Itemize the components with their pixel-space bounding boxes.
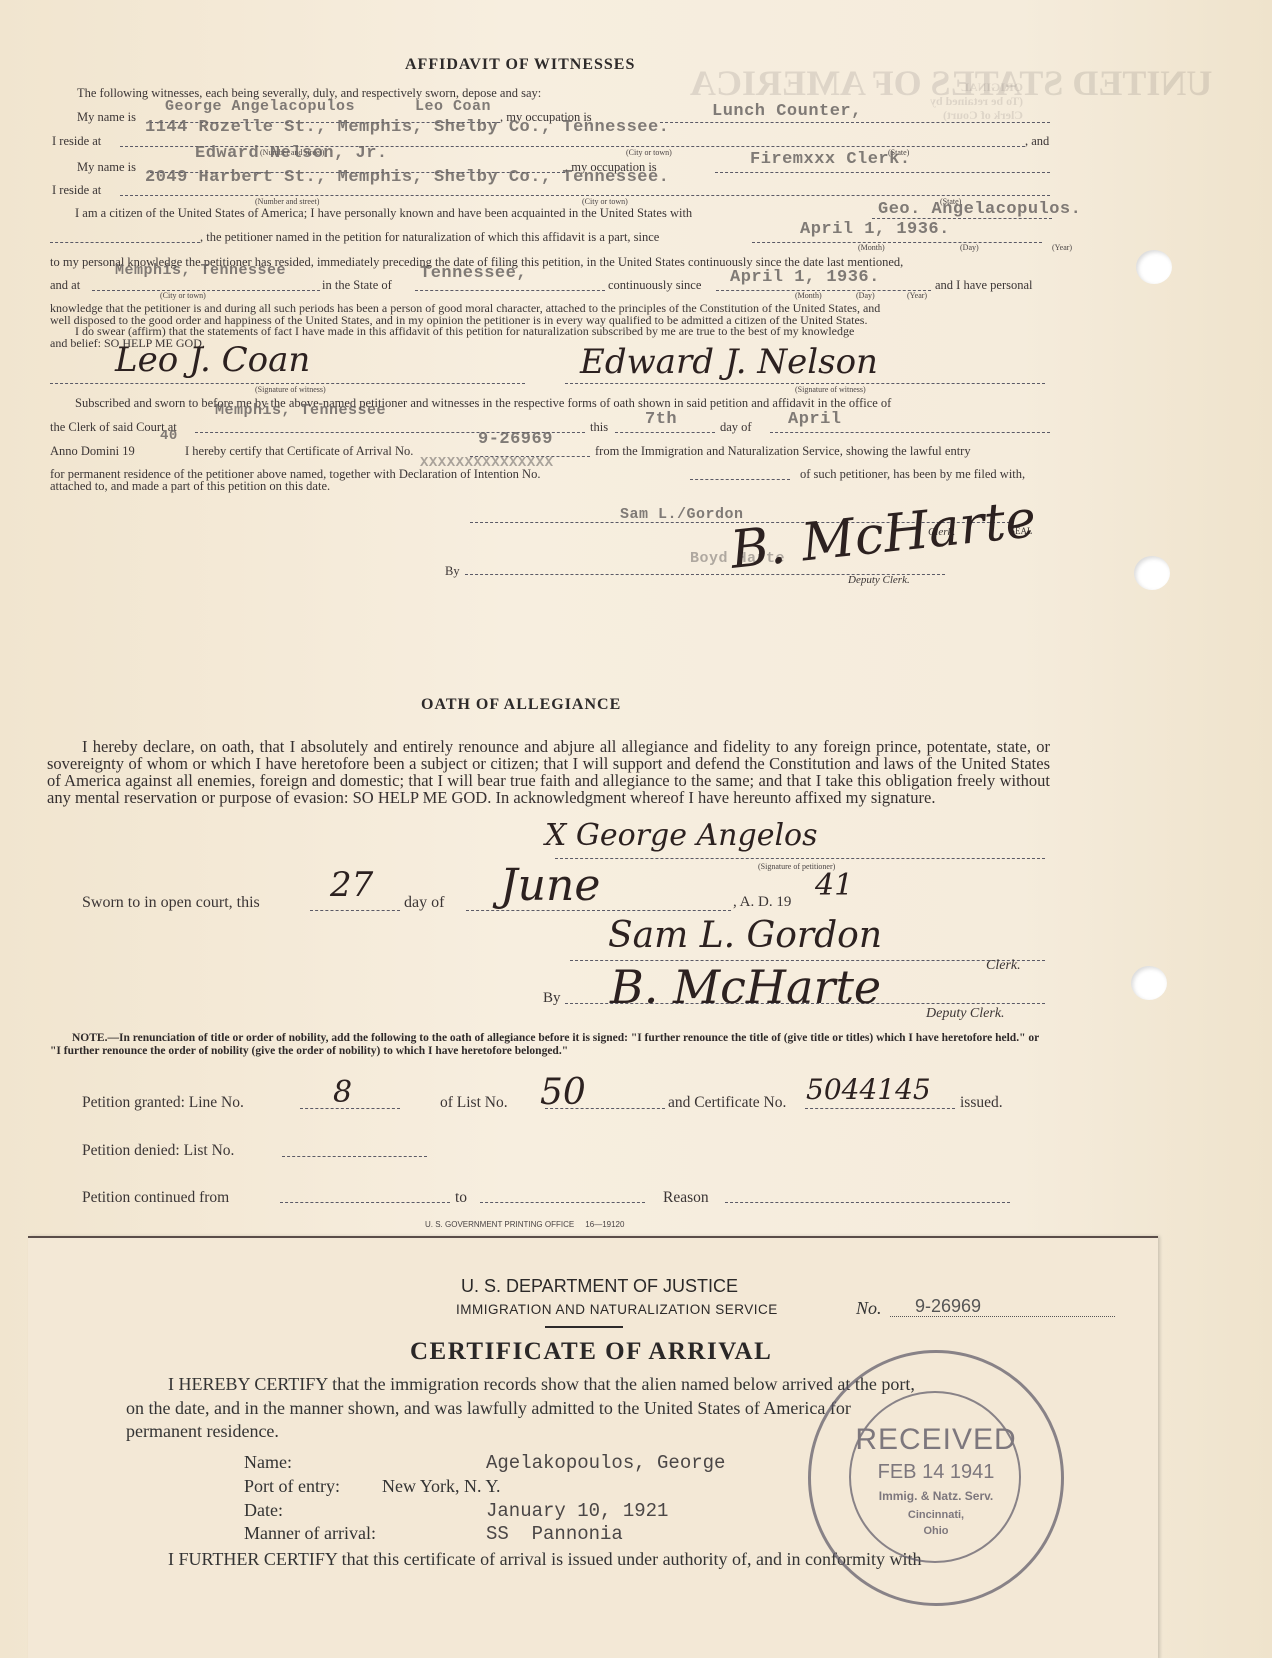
label-clerk-at: the Clerk of said Court at — [50, 420, 177, 435]
certificate-arrival-no-field[interactable]: 9-26969 — [478, 430, 553, 449]
clerk-typed-name: Sam L./Gordon — [620, 506, 744, 523]
day-field[interactable]: 7th — [645, 410, 677, 429]
affidavit-title: AFFIDAVIT OF WITNESSES — [405, 56, 635, 74]
cert-department: U. S. DEPARTMENT OF JUSTICE — [461, 1276, 738, 1297]
hint-day: (Day) — [856, 291, 875, 300]
cert-divider — [545, 1326, 623, 1328]
cert-body-line-3: permanent residence. — [126, 1421, 279, 1442]
field-line — [120, 195, 1050, 196]
field-line — [716, 290, 931, 291]
cert-number: 9-26969 — [915, 1296, 981, 1317]
label-this: this — [590, 420, 608, 435]
resided-state-field[interactable]: Tennessee, — [420, 264, 527, 283]
received-stamp: RECEIVED FEB 14 1941 Immig. & Natz. Serv… — [808, 1350, 1064, 1606]
field-line — [50, 242, 200, 243]
field-line — [805, 1108, 955, 1109]
acquainted-with-field[interactable]: Geo. Angelacopulos. — [878, 200, 1081, 219]
oath-day-field[interactable]: 27 — [330, 865, 373, 905]
label-to: to — [455, 1189, 467, 1207]
label-and-at: and at — [50, 278, 80, 293]
cert-further-text: I FURTHER CERTIFY that this certificate … — [168, 1549, 922, 1570]
hint-witness-signature: (Signature of witness) — [795, 385, 866, 394]
acquainted-since-field[interactable]: April 1, 1936. — [800, 220, 950, 239]
label-reason: Reason — [663, 1189, 709, 1207]
continued-from-field[interactable] — [280, 1202, 450, 1203]
field-line — [690, 479, 790, 480]
label-ad: , A. D. 19 — [733, 894, 791, 911]
hint-month: (Month) — [858, 243, 885, 252]
oath-title: OATH OF ALLEGIANCE — [421, 696, 621, 714]
hint-city: (City or town) — [582, 197, 628, 206]
label-petition-continued: Petition continued from — [82, 1189, 229, 1207]
oath-year-field[interactable]: 41 — [815, 868, 853, 903]
continued-to-field[interactable] — [480, 1202, 645, 1203]
cert-port-value: New York, N. Y. — [382, 1476, 501, 1497]
cert-manner-value: SS Pannonia — [486, 1523, 623, 1545]
cert-field-label: Date: — [244, 1500, 283, 1521]
binder-hole — [1136, 250, 1172, 284]
binder-hole — [1134, 556, 1170, 590]
declaration-struck-field: XXXXXXXXXXXXXXX — [420, 455, 554, 471]
cert-field-label: Port of entry: — [244, 1476, 340, 1497]
printer-imprint: U. S. GOVERNMENT PRINTING OFFICE 16—1912… — [425, 1220, 624, 1229]
witness2-address-field[interactable]: 2049 Harbert St., Memphis, Shelby Co., T… — [145, 168, 669, 187]
label-continuously-since: continuously since — [608, 278, 701, 293]
petitioner-signature[interactable]: X George Angelos — [545, 818, 818, 853]
court-at-field[interactable]: Memphis, Tennessee — [215, 402, 386, 419]
label-my-name: My name is — [77, 160, 136, 175]
resided-city-field[interactable]: Memphis, Tennessee — [115, 262, 286, 279]
hint-witness-signature: (Signature of witness) — [255, 385, 326, 394]
witness1-occupation-field[interactable]: Lunch Counter, — [712, 102, 862, 121]
witness1-signature[interactable]: Leo J. Coan — [115, 340, 310, 380]
hint-year: (Year) — [907, 291, 927, 300]
hint-street: (Number and street) — [255, 197, 319, 206]
field-line — [615, 432, 715, 433]
show-through-original: ORIGINAL(To be retained byClerk of Court… — [930, 80, 1023, 122]
field-line — [310, 910, 400, 911]
hint-year: (Year) — [1052, 243, 1072, 252]
stamp-date: FEB 14 1941 — [811, 1461, 1061, 1484]
subscribed-text: Subscribed and sworn to before me by the… — [75, 396, 891, 411]
cert-body-line-1: I HEREBY CERTIFY that the immigration re… — [168, 1374, 915, 1395]
month-field[interactable]: April — [788, 410, 842, 429]
label-state-of: in the State of — [322, 278, 392, 293]
label-by: By — [445, 564, 460, 579]
document-page: UNITED STATES OF AMERICA ORIGINAL(To be … — [0, 0, 1272, 1658]
continuous-since-field[interactable]: April 1, 1936. — [730, 268, 880, 287]
label-personal: and I have personal — [935, 278, 1033, 293]
oath-month-field[interactable]: June — [500, 860, 600, 911]
label-clerk: Clerk. — [986, 958, 1021, 974]
witness1-name-field[interactable]: George Angelacopulos — [165, 98, 355, 115]
deputy-signature[interactable]: B. McHarte — [728, 489, 1039, 581]
from-ins-text: from the Immigration and Naturalization … — [595, 444, 971, 459]
label-reside: I reside at — [52, 183, 101, 198]
label-sworn: Sworn to in open court, this — [82, 894, 260, 912]
certify-text: I hereby certify that Certificate of Arr… — [185, 444, 413, 459]
citizen-statement: I am a citizen of the United States of A… — [75, 206, 692, 221]
cert-no-label: No. — [856, 1298, 882, 1319]
cert-date-value: January 10, 1921 — [486, 1500, 668, 1522]
cert-title: CERTIFICATE OF ARRIVAL — [410, 1338, 772, 1366]
nobility-note: NOTE.—In renunciation of title or order … — [50, 1032, 1050, 1058]
hint-city: (City or town) — [160, 291, 206, 300]
witness2-occupation-field[interactable]: Firemxxx Clerk. — [750, 150, 911, 169]
petitioner-statement: , the petitioner named in the petition f… — [200, 230, 659, 245]
label-petition-denied: Petition denied: List No. — [82, 1142, 234, 1160]
reason-field[interactable] — [725, 1202, 1010, 1203]
stamp-office: Immig. & Natz. Serv. — [811, 1489, 1061, 1503]
cert-field-label: Manner of arrival: — [244, 1523, 376, 1544]
stamp-state: Ohio — [811, 1525, 1061, 1537]
such-petitioner-text: of such petitioner, has been by me filed… — [800, 467, 1025, 482]
label-certificate-no: and Certificate No. — [668, 1094, 786, 1112]
witness2-signature[interactable]: Edward J. Nelson — [580, 342, 878, 382]
label-and: , and — [1025, 134, 1049, 149]
label-petition-granted: Petition granted: Line No. — [82, 1094, 244, 1112]
cert-field-label: Name: — [244, 1452, 292, 1473]
label-my-name: My name is — [77, 110, 136, 125]
label-day-of: day of — [720, 420, 752, 435]
hint-day: (Day) — [960, 243, 979, 252]
hint-month: (Month) — [795, 291, 822, 300]
oath-deputy-signature[interactable]: B. McHarte — [610, 960, 881, 1014]
field-line — [770, 432, 1050, 433]
field-line — [715, 172, 1050, 173]
certificate-no-field[interactable]: 5044145 — [806, 1073, 931, 1106]
label-by: By — [543, 990, 561, 1007]
label-issued: issued. — [960, 1094, 1003, 1112]
label-anno-domini: Anno Domini 19 — [50, 444, 135, 459]
year-field[interactable]: 40 — [160, 428, 178, 444]
witness2-name-field[interactable]: Edward Nelson, Jr. — [195, 144, 388, 163]
field-line — [752, 242, 1042, 243]
witness1-address-field[interactable]: 1144 Rozelle St., Memphis, Shelby Co., T… — [145, 118, 669, 137]
label-deputy-clerk: Deputy Clerk. — [926, 1006, 1005, 1022]
cert-name-value: Agelakopoulos, George — [486, 1452, 725, 1474]
binder-hole — [1131, 966, 1167, 1000]
field-line — [660, 122, 1050, 123]
signature-line — [565, 383, 1045, 384]
label-day-of: day of — [404, 894, 444, 912]
label-list-no: of List No. — [440, 1094, 508, 1112]
hint-city: (City or town) — [626, 148, 672, 157]
oath-clerk-signature[interactable]: Sam L. Gordon — [608, 915, 882, 956]
field-line — [415, 290, 605, 291]
list-no-field[interactable]: 50 — [540, 1072, 586, 1113]
denied-list-no-field[interactable] — [282, 1156, 427, 1157]
label-deputy-clerk: Deputy Clerk. — [848, 574, 910, 586]
attached-text: attached to, and made a part of this pet… — [50, 479, 330, 494]
witness1-name-typed: Leo Coan — [415, 98, 491, 115]
cert-body-line-2: on the date, and in the manner shown, an… — [126, 1398, 851, 1419]
stamp-received: RECEIVED — [811, 1423, 1061, 1457]
label-reside: I reside at — [52, 134, 101, 149]
stamp-city: Cincinnati, — [811, 1509, 1061, 1521]
oath-text: I hereby declare, on oath, that I absolu… — [47, 738, 1050, 806]
cert-service: IMMIGRATION AND NATURALIZATION SERVICE — [456, 1302, 778, 1317]
field-line — [92, 290, 320, 291]
signature-line — [50, 383, 525, 384]
petitioner-signature-line — [555, 858, 1045, 859]
line-no-field[interactable]: 8 — [333, 1075, 352, 1110]
